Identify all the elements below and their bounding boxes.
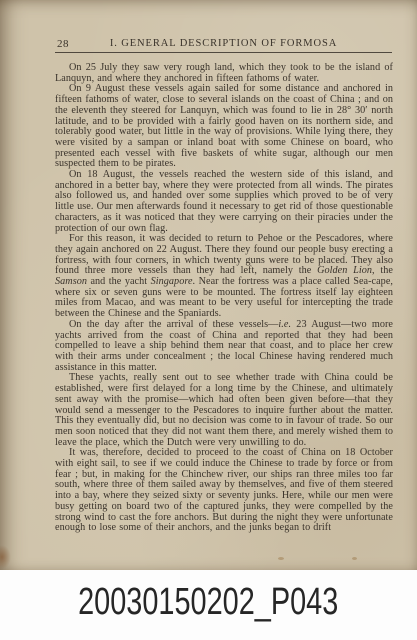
header-rule [55,52,392,53]
paper-speck [370,120,373,123]
ink-stain [0,545,11,569]
scanned-page: 28 I. GENERAL DESCRIPTION OF FORMOSA On … [0,0,417,640]
running-title: I. GENERAL DESCRIPTION OF FORMOSA [55,38,392,49]
paper-speck [352,557,357,560]
scan-label-band: 20030150202_P043 [0,570,417,640]
paragraph: On 9 August these vessels again sailed f… [55,84,393,170]
paragraph: On the day after the arrival of these ve… [55,320,393,374]
scan-label: 20030150202_P043 [78,581,338,624]
paper-speck [278,557,284,560]
paragraph: On 25 July they saw very rough land, whi… [55,63,393,84]
paragraph: These yachts, really sent out to see whe… [55,373,393,448]
paragraph: It was, therefore, decided to proceed to… [55,448,393,534]
page-header: 28 I. GENERAL DESCRIPTION OF FORMOSA [0,38,417,52]
page-body: On 25 July they saw very rough land, whi… [55,63,393,534]
book-page: 28 I. GENERAL DESCRIPTION OF FORMOSA On … [0,0,417,570]
paragraph: For this reason, it was decided to retur… [55,234,393,320]
paragraph: On 18 August, the vessels reached the we… [55,170,393,234]
